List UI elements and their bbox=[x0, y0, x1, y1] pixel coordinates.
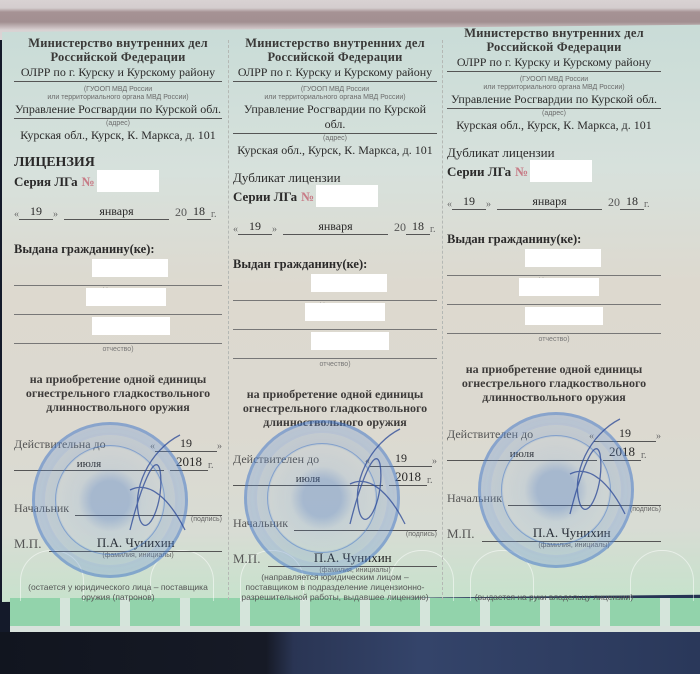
license-series-row: Серии ЛГа № bbox=[447, 160, 661, 182]
ministry-line-2: Российской Федерации bbox=[233, 50, 437, 64]
valid-year: 2018 bbox=[603, 444, 641, 461]
license-purpose: на приобретение одной единицы огнестрель… bbox=[447, 362, 661, 404]
chief-label: Начальник bbox=[447, 491, 502, 506]
issue-month: января bbox=[283, 219, 388, 235]
address-caption: (адрес) bbox=[233, 135, 437, 143]
ministry-header: Министерство внутренних дел Российской Ф… bbox=[233, 36, 437, 64]
valid-day: 19 bbox=[594, 426, 656, 442]
series-label: Серии ЛГа bbox=[233, 188, 297, 205]
chief-name-caption: (фамилия, инициалы) bbox=[14, 552, 222, 559]
purpose-line-2: огнестрельного гладкоствольного bbox=[447, 376, 661, 390]
chief-name: П.А. Чунихин bbox=[268, 550, 437, 567]
series-label: Серии ЛГа bbox=[447, 163, 511, 180]
purpose-line-3: длинноствольного оружия bbox=[233, 415, 437, 429]
footer-distribution-note: (направляется юридическим лицом –поставщ… bbox=[233, 572, 437, 602]
seal-place-label: М.П. bbox=[447, 526, 474, 542]
number-sign: № bbox=[82, 173, 95, 190]
footer-note-line: поставщиком в подразделение лицензионно- bbox=[233, 582, 437, 592]
chief-name-row: М.П. П.А. Чунихин bbox=[14, 535, 222, 552]
address-caption: (адрес) bbox=[447, 110, 661, 118]
note-gu: (ГУООП МВД России bbox=[14, 86, 222, 94]
footer-note-line: (направляется юридическим лицом – bbox=[233, 572, 437, 582]
issue-century: 20 bbox=[608, 195, 620, 210]
issue-day: 19 bbox=[19, 204, 53, 220]
issue-date-row: « 19 » января 20 18 г. bbox=[233, 215, 437, 235]
note-territorial: или территориального органа МВД России) bbox=[14, 94, 222, 102]
department-name: ОЛРР по г. Курску и Курскому району bbox=[447, 55, 661, 72]
year-suffix: г. bbox=[430, 224, 435, 235]
purpose-line-1: на приобретение одной единицы bbox=[233, 387, 437, 401]
chief-signature-row: Начальник bbox=[14, 501, 222, 516]
issued-to-label: Выдан гражданину(ке): bbox=[233, 257, 437, 272]
footer-note-line: (остается у юридического лица – поставщи… bbox=[14, 582, 222, 592]
chief-name-row: М.П. П.А. Чунихин bbox=[233, 550, 437, 567]
footer-note-line: (выдается на руки владельцу лицензии) bbox=[447, 592, 661, 602]
footer-distribution-note: (остается у юридического лица – поставщи… bbox=[14, 582, 222, 602]
number-sign: № bbox=[515, 163, 528, 180]
signature-caption: (подпись) bbox=[14, 516, 222, 523]
purpose-line-2: огнестрельного гладкоствольного bbox=[14, 386, 222, 400]
valid-year: 2018 bbox=[389, 469, 427, 486]
valid-until-label: Действителен до bbox=[233, 452, 319, 467]
quote-close: » bbox=[53, 209, 58, 220]
valid-year: 2018 bbox=[170, 454, 208, 471]
holder-patronymic-field: отчество) bbox=[447, 305, 661, 334]
redacted-license-number bbox=[97, 170, 159, 192]
valid-day: 19 bbox=[155, 436, 217, 452]
license-series-row: Серия ЛГа № bbox=[14, 170, 222, 192]
redacted-license-number bbox=[316, 185, 378, 207]
holder-surname-field: (фамилия bbox=[233, 272, 437, 301]
issue-century: 20 bbox=[394, 220, 406, 235]
valid-until-row-2: июля 2018 г. bbox=[233, 469, 437, 486]
issuing-address: Курская обл., Курск, К. Маркса, д. 101 bbox=[14, 128, 222, 143]
signature-line bbox=[294, 518, 437, 531]
purpose-line-1: на приобретение одной единицы bbox=[447, 362, 661, 376]
quote-close: » bbox=[217, 441, 222, 452]
valid-until-row-2: июля 2018 г. bbox=[14, 454, 222, 471]
issue-day: 19 bbox=[238, 219, 272, 235]
license-column-main: Министерство внутренних дел Российской Ф… bbox=[14, 36, 222, 559]
issuing-address: Курская обл., Курск, К. Маркса, д. 101 bbox=[447, 118, 661, 133]
footer-edge bbox=[10, 626, 700, 632]
redacted-firstname bbox=[305, 303, 385, 321]
seal-place-label: М.П. bbox=[233, 551, 260, 567]
issuing-organization: Управление Росгвардии по Курской обл. bbox=[14, 102, 222, 119]
ministry-line-2: Российской Федерации bbox=[14, 50, 222, 64]
issue-date-row: « 19 » января 20 18 г. bbox=[447, 190, 661, 210]
department-name: ОЛРР по г. Курску и Курскому району bbox=[14, 65, 222, 82]
valid-until-row: Действителен до « 19 » bbox=[447, 426, 661, 442]
issue-century: 20 bbox=[175, 205, 187, 220]
year-suffix: г. bbox=[641, 450, 646, 461]
chief-signature-row: Начальник bbox=[233, 516, 437, 531]
quote-close: » bbox=[432, 456, 437, 467]
license-column-duplicate-1: Министерство внутренних дел Российской Ф… bbox=[233, 36, 437, 574]
quote-close: » bbox=[486, 199, 491, 210]
series-label: Серия ЛГа bbox=[14, 173, 78, 190]
note-gu: (ГУООП МВД России bbox=[233, 86, 437, 94]
valid-until-label: Действителен до bbox=[447, 427, 533, 442]
department-name: ОЛРР по г. Курску и Курскому району bbox=[233, 65, 437, 82]
ministry-header: Министерство внутренних дел Российской Ф… bbox=[14, 36, 222, 64]
holder-firstname-field bbox=[233, 301, 437, 330]
holder-firstname-field bbox=[447, 276, 661, 305]
valid-month: июля bbox=[447, 448, 597, 461]
note-gu: (ГУООП МВД России bbox=[447, 76, 661, 84]
signature-caption: (подпись) bbox=[233, 531, 437, 538]
number-sign: № bbox=[301, 188, 314, 205]
ministry-header: Министерство внутренних дел Российской Ф… bbox=[447, 26, 661, 54]
year-suffix: г. bbox=[208, 460, 213, 471]
valid-until-row: Действителен до « 19 » bbox=[233, 451, 437, 467]
redacted-license-number bbox=[530, 160, 592, 182]
issue-day: 19 bbox=[452, 194, 486, 210]
license-purpose: на приобретение одной единицы огнестрель… bbox=[14, 372, 222, 414]
holder-surname-field: (фамилия bbox=[447, 247, 661, 276]
redacted-patronymic bbox=[525, 307, 603, 325]
year-suffix: г. bbox=[644, 199, 649, 210]
background-fabric bbox=[0, 632, 700, 674]
note-territorial: или территориального органа МВД России) bbox=[233, 94, 437, 102]
quote-close: » bbox=[656, 431, 661, 442]
note-territorial: или территориального органа МВД России) bbox=[447, 84, 661, 92]
license-title: Дубликат лицензии bbox=[233, 170, 437, 185]
purpose-line-2: огнестрельного гладкоствольного bbox=[233, 401, 437, 415]
holder-firstname-field bbox=[14, 286, 222, 315]
issuing-organization: Управление Росгвардии по Курской обл. bbox=[447, 92, 661, 109]
issue-month: января bbox=[497, 194, 602, 210]
perforation-line bbox=[228, 40, 229, 600]
valid-day: 19 bbox=[370, 451, 432, 467]
address-caption: (адрес) bbox=[14, 120, 222, 128]
signature-line bbox=[508, 493, 661, 506]
holder-patronymic-field: отчество) bbox=[14, 315, 222, 344]
redacted-firstname bbox=[86, 288, 166, 306]
redacted-patronymic bbox=[92, 317, 170, 335]
footer-note-line: оружия (патронов) bbox=[14, 592, 222, 602]
issuing-organization: Управление Росгвардии по Курской обл. bbox=[233, 102, 437, 134]
signature-line bbox=[75, 503, 222, 516]
redacted-firstname bbox=[519, 278, 599, 296]
chief-name-row: М.П. П.А. Чунихин bbox=[447, 525, 661, 542]
ministry-line-1: Министерство внутренних дел bbox=[447, 26, 661, 40]
issued-to-label: Выдана гражданину(ке): bbox=[14, 242, 222, 257]
valid-month: июля bbox=[233, 473, 383, 486]
issued-to-label: Выдан гражданину(ке): bbox=[447, 232, 661, 247]
year-suffix: г. bbox=[211, 209, 216, 220]
perforation-line bbox=[442, 40, 443, 600]
quote-close: » bbox=[272, 224, 277, 235]
issue-date-row: « 19 » января 20 18 г. bbox=[14, 200, 222, 220]
purpose-line-3: длинноствольного оружия bbox=[447, 390, 661, 404]
redacted-patronymic bbox=[311, 332, 389, 350]
license-series-row: Серии ЛГа № bbox=[233, 185, 437, 207]
ministry-line-1: Министерство внутренних дел bbox=[233, 36, 437, 50]
purpose-line-1: на приобретение одной единицы bbox=[14, 372, 222, 386]
holder-surname-field: (фамилия bbox=[14, 257, 222, 286]
issue-year: 18 bbox=[187, 204, 211, 220]
signature-caption: (подпись) bbox=[447, 506, 661, 513]
issue-year: 18 bbox=[620, 194, 644, 210]
license-title: ЛИЦЕНЗИЯ bbox=[14, 155, 222, 170]
footer-note-line: разрешительной работы, выдавшее лицензию… bbox=[233, 592, 437, 602]
redacted-surname bbox=[311, 274, 387, 292]
valid-until-row: Действительна до « 19 » bbox=[14, 436, 222, 452]
chief-name: П.А. Чунихин bbox=[482, 525, 661, 542]
year-suffix: г. bbox=[427, 475, 432, 486]
chief-label: Начальник bbox=[14, 501, 69, 516]
ministry-line-2: Российской Федерации bbox=[447, 40, 661, 54]
holder-patronymic-field: отчество) bbox=[233, 330, 437, 359]
chief-signature-row: Начальник bbox=[447, 491, 661, 506]
valid-month: июля bbox=[14, 458, 164, 471]
license-column-duplicate-2: Министерство внутренних дел Российской Ф… bbox=[447, 26, 661, 549]
purpose-line-3: длинноствольного оружия bbox=[14, 400, 222, 414]
valid-until-label: Действительна до bbox=[14, 437, 106, 452]
patronymic-caption: отчество) bbox=[447, 336, 661, 343]
issue-month: января bbox=[64, 204, 169, 220]
footer-distribution-note: (выдается на руки владельцу лицензии) bbox=[447, 592, 661, 602]
issue-year: 18 bbox=[406, 219, 430, 235]
seal-place-label: М.П. bbox=[14, 536, 41, 552]
patronymic-caption: отчество) bbox=[14, 346, 222, 353]
issuing-address: Курская обл., Курск, К. Маркса, д. 101 bbox=[233, 143, 437, 158]
patronymic-caption: отчество) bbox=[233, 361, 437, 368]
license-purpose: на приобретение одной единицы огнестрель… bbox=[233, 387, 437, 429]
valid-until-row-2: июля 2018 г. bbox=[447, 444, 661, 461]
ministry-line-1: Министерство внутренних дел bbox=[14, 36, 222, 50]
footer-guilloche-band bbox=[10, 598, 700, 632]
redacted-surname bbox=[92, 259, 168, 277]
license-title: Дубликат лицензии bbox=[447, 145, 661, 160]
redacted-surname bbox=[525, 249, 601, 267]
chief-name-caption: (фамилия, инициалы) bbox=[447, 542, 661, 549]
chief-label: Начальник bbox=[233, 516, 288, 531]
chief-name: П.А. Чунихин bbox=[49, 535, 222, 552]
